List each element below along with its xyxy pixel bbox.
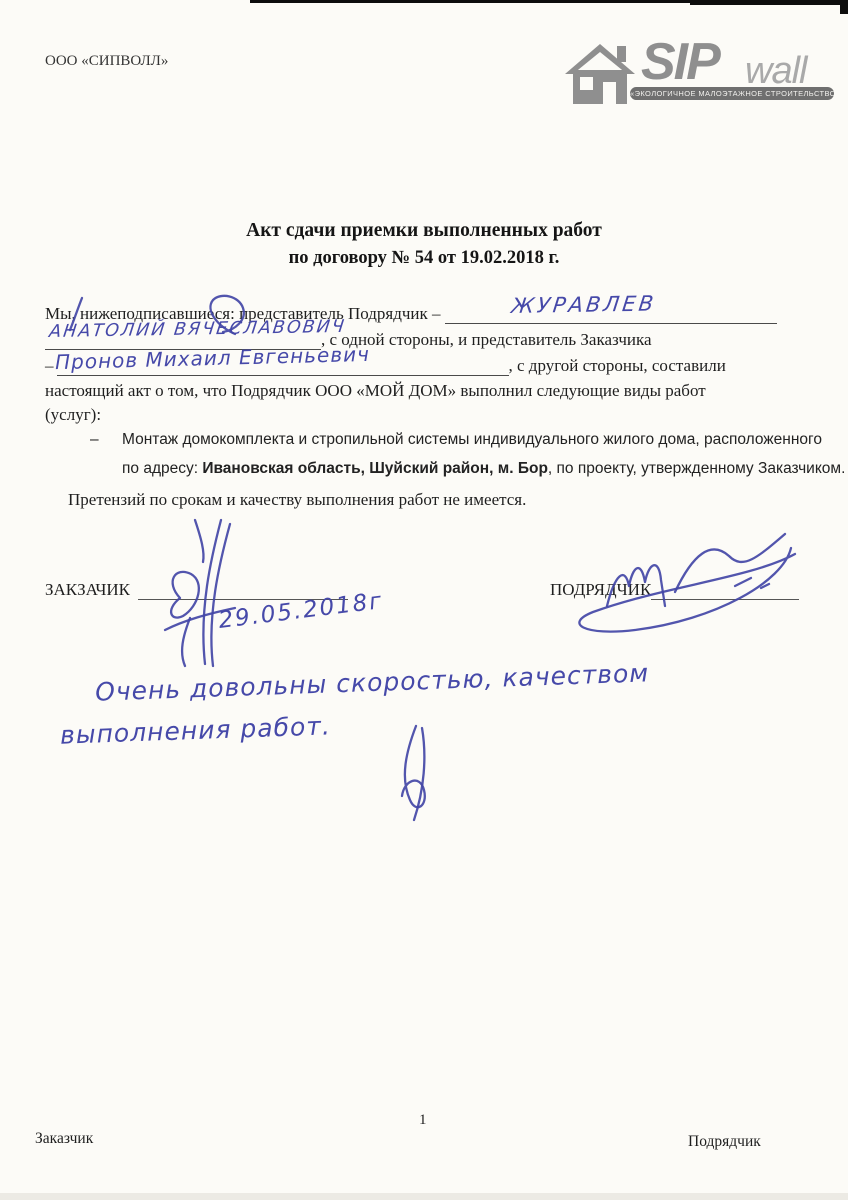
bullet-line2: по адресу: Ивановская область, Шуйский р… [122,460,845,478]
logo-tagline-band: «ЭКОЛОГИЧНОЕ МАЛОЭТАЖНОЕ СТРОИТЕЛЬСТВО» [630,87,834,100]
handwritten-contractor-surname: ЖУРАВЛЕВ [510,291,658,318]
sipwall-logo: SIP wall «ЭКОЛОГИЧНОЕ МАЛОЭТАЖНОЕ СТРОИТ… [563,36,841,112]
body-line4: настоящий акт о том, что Подрядчик ООО «… [45,381,706,401]
claims-statement: Претензий по срокам и качеству выполнени… [68,490,526,510]
bullet-line2-suffix: , по проекту, утвержденному Заказчиком. [548,460,845,477]
footer-customer-label: Заказчик [35,1130,93,1148]
pen-stray-mark [62,296,92,332]
bullet-line2-prefix: по адресу: [122,460,202,477]
scan-artifact-bottom-strip [0,1193,848,1200]
body-line5: (услуг): [45,405,101,425]
bullet-dash: – [90,431,99,449]
handwritten-note-line2: выполнения работ. [60,711,332,749]
document-title-line2: по договору № 54 от 19.02.2018 г. [0,248,848,269]
company-name: ООО «СИПВОЛЛ» [45,53,168,70]
note-signature-squiggle [372,722,452,822]
document-title-line1: Акт сдачи приемки выполненных работ [0,220,848,242]
pen-loop-over-text [183,290,273,336]
house-icon [563,40,641,106]
body-line3-text: , с другой стороны, составили [509,356,726,375]
contractor-signature [545,528,807,640]
body-line2-text: , с одной стороны, и представитель Заказ… [321,330,652,349]
scan-artifact-corner [840,0,848,14]
bullet-line2-address: Ивановская область, Шуйский район, м. Бо… [202,460,548,477]
body-line3-dash: – [45,356,54,375]
logo-text-sip: SIP [641,32,719,92]
scanned-document-page: ООО «СИПВОЛЛ» SIP wall «ЭКОЛОГИЧНОЕ МАЛО… [0,0,848,1200]
customer-signature [135,518,275,668]
scan-artifact-top-line-thick [690,0,848,5]
footer-contractor-label: Подрядчик [688,1133,761,1151]
page-number: 1 [419,1112,427,1129]
customer-label: ЗАКЗАЧИК [45,580,130,599]
bullet-line1: Монтаж домокомплекта и стропильной систе… [122,431,822,449]
